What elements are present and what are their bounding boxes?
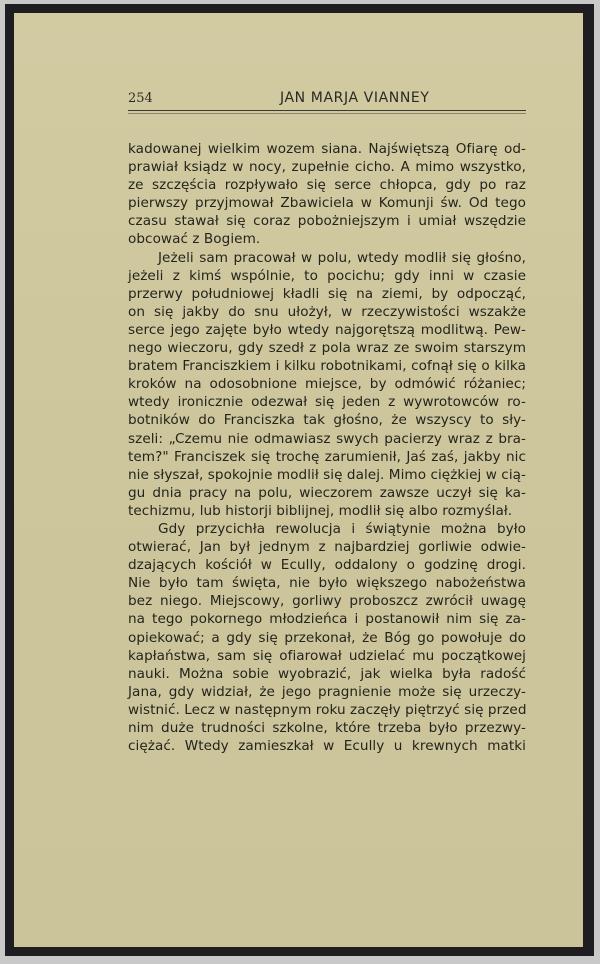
text-line: pierwszy przyjmował Zbawiciela w Komunji…	[128, 194, 526, 212]
paragraph: Jeżeli sam pracował w polu, wtedy modlił…	[128, 249, 526, 520]
text-line: tem?" Franciszek się trochę zarumienił, …	[128, 448, 526, 466]
paragraph: kadowanej wielkim wozem siana. Najświęts…	[128, 140, 526, 249]
text-line: nim duże trudności szkolne, które trzeba…	[128, 719, 526, 737]
text-line: prawiał ksiądz w nocy, zupełnie cicho. A…	[128, 158, 526, 176]
text-line: szeli: „Czemu nie odmawiasz swych pacier…	[128, 430, 526, 448]
text-line: obcować z Bogiem.	[128, 230, 526, 248]
text-line: gu dnia pracy na polu, wieczorem zawsze …	[128, 484, 526, 502]
page-header: 254 JAN MARJA VIANNEY	[128, 91, 526, 113]
text-line: bratem Franciszkiem i kilku robotnikami,…	[128, 357, 526, 375]
text-line: dzających kościół w Ecully, oddalony o g…	[128, 556, 526, 574]
text-line: Jeżeli sam pracował w polu, wtedy modlił…	[128, 249, 526, 267]
text-line: Nie było tam święta, nie było większego …	[128, 574, 526, 592]
text-line: techizmu, lub historji biblijnej, modlił…	[128, 502, 526, 520]
text-line: on się jakby do snu ułożył, w rzeczywist…	[128, 303, 526, 321]
text-line: jeżeli z kimś wspólnie, to pocichu; gdy …	[128, 267, 526, 285]
text-line: otwierać, Jan był jednym z najbardziej g…	[128, 538, 526, 556]
text-line: Gdy przycichła rewolucja i świątynie moż…	[128, 520, 526, 538]
text-line: bez niego. Miejscowy, gorliwy proboszcz …	[128, 592, 526, 610]
page-number: 254	[128, 91, 153, 106]
header-rule	[128, 110, 526, 111]
text-line: wtedy ironicznie odezwał się jeden z wyw…	[128, 393, 526, 411]
text-line: opiekować; a gdy się przekonał, że Bóg g…	[128, 629, 526, 647]
text-line: kapłaństwa, sam się ofiarował udzielać m…	[128, 647, 526, 665]
running-title: JAN MARJA VIANNEY	[280, 90, 430, 106]
body-text: kadowanej wielkim wozem siana. Najświęts…	[128, 140, 526, 755]
text-line: nego wieczoru, gdy szedł z pola wraz ze …	[128, 339, 526, 357]
text-line: botników do Franciszka tak głośno, że ws…	[128, 411, 526, 429]
text-line: przerwy południowej kładli się na ziemi,…	[128, 285, 526, 303]
text-line: czasu stawał się coraz pobożniejszym i u…	[128, 212, 526, 230]
text-line: wistnić. Lecz w następnym roku zaczęły p…	[128, 701, 526, 719]
text-line: na tego pokornego młodzieńca i postanowi…	[128, 610, 526, 628]
text-line: nauki. Można sobie wyobrazić, jak wielka…	[128, 665, 526, 683]
text-line: ciężać. Wtedy zamieszkał w Ecully u krew…	[128, 737, 526, 755]
paragraph: Gdy przycichła rewolucja i świątynie moż…	[128, 520, 526, 755]
header-rule-secondary	[128, 113, 526, 114]
text-line: serce jego zajęte było wtedy najgorętszą…	[128, 321, 526, 339]
text-line: Jana, gdy widział, że jego pragnienie mo…	[128, 683, 526, 701]
text-line: kadowanej wielkim wozem siana. Najświęts…	[128, 140, 526, 158]
text-line: ze szczęścia rozpływało się serce chłopc…	[128, 176, 526, 194]
text-line: kroków na odosobnione miejsce, by odmówi…	[128, 375, 526, 393]
text-line: nie słyszał, spokojnie modlił się dalej.…	[128, 466, 526, 484]
